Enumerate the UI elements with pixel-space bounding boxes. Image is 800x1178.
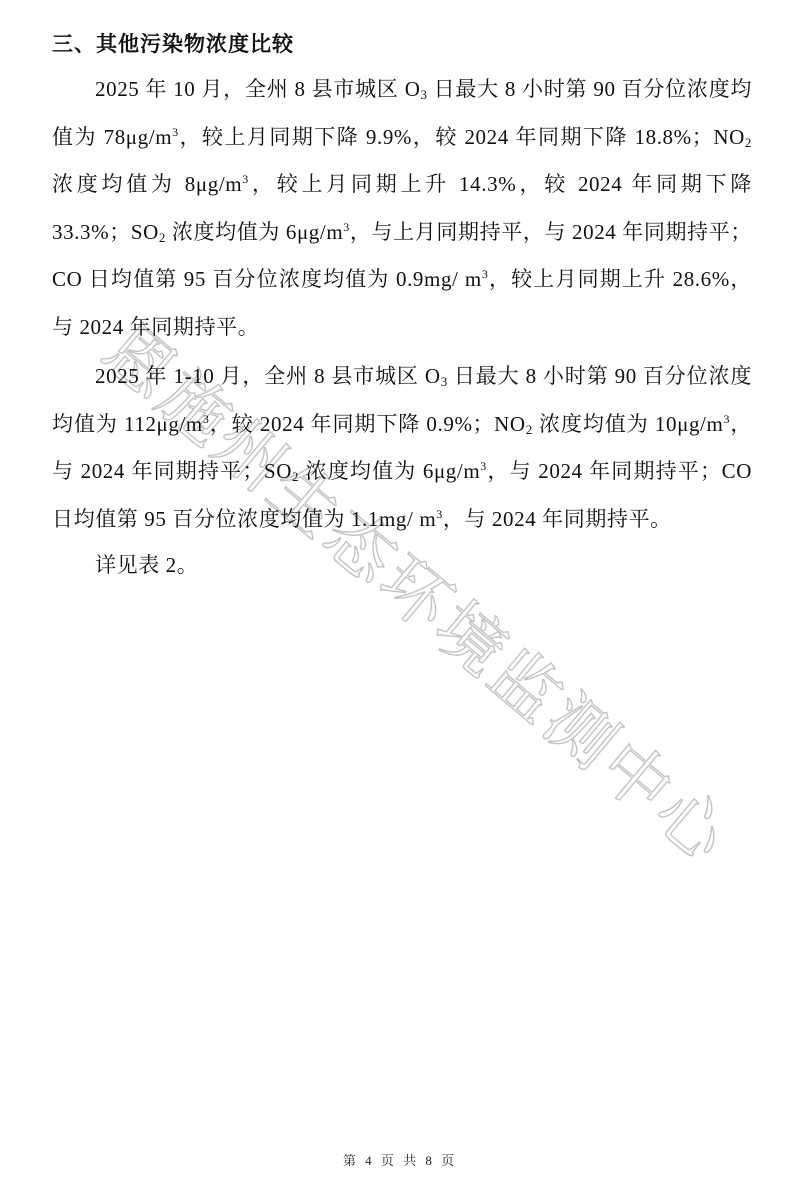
paragraph-text: 详见表 2。 xyxy=(52,542,752,590)
page-footer: 第 4 页 共 8 页 xyxy=(0,1150,800,1169)
paragraph-table-reference: 详见表 2。 xyxy=(52,542,752,590)
section-heading: 三、其他污染物浓度比较 xyxy=(52,28,294,60)
paragraph-ytd-comparison: 2025 年 1-10 月，全州 8 县市城区 O3 日最大 8 小时第 90 … xyxy=(52,353,752,543)
document-page: 恩施州生态环境监测中心 三、其他污染物浓度比较 2025 年 10 月，全州 8… xyxy=(0,0,800,1178)
paragraph-text: 2025 年 1-10 月，全州 8 县市城区 O3 日最大 8 小时第 90 … xyxy=(52,353,752,543)
paragraph-text: 2025 年 10 月，全州 8 县市城区 O3 日最大 8 小时第 90 百分… xyxy=(52,66,752,351)
paragraph-monthly-comparison: 2025 年 10 月，全州 8 县市城区 O3 日最大 8 小时第 90 百分… xyxy=(52,66,752,351)
